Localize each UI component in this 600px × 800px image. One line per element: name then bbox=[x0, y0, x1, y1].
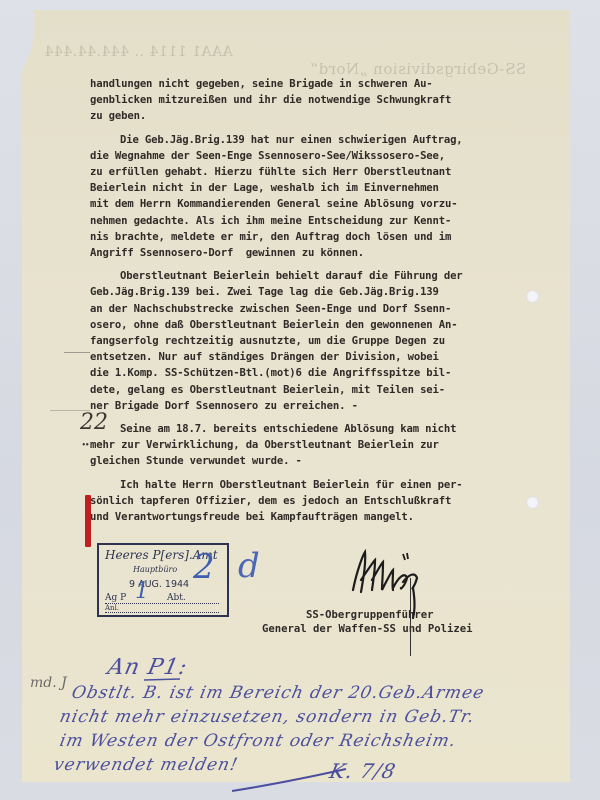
stamp-row-label-mid: Abt. bbox=[167, 593, 186, 603]
signature-block: SS-Obergruppenführer General der Waffen-… bbox=[262, 608, 542, 636]
red-margin-mark bbox=[85, 495, 91, 547]
text-line: handlungen nicht gegeben, seine Brigade … bbox=[90, 76, 530, 92]
margin-page-number: 22 bbox=[80, 410, 108, 435]
text-line: entsetzen. Nur auf ständiges Drängen der… bbox=[90, 349, 530, 365]
text-line: die Wegnahme der Seen-Enge Ssennosero-Se… bbox=[90, 148, 530, 164]
note-line: verwendet melden! bbox=[52, 755, 240, 775]
margin-dots: •• bbox=[82, 440, 89, 451]
text-line: Ich halte Herrn Oberstleutnant Beierlein… bbox=[90, 477, 530, 493]
signatory-title: General der Waffen-SS und Polizei bbox=[262, 622, 542, 636]
text-line: sönlich tapferen Offizier, dem es jedoch… bbox=[90, 493, 530, 509]
paragraph-4: Seine am 18.7. bereits entschiedene Ablö… bbox=[90, 421, 530, 470]
addressee-underline bbox=[142, 677, 182, 683]
text-line: nis brachte, meldete er mir, den Auftrag… bbox=[90, 229, 530, 245]
note-line: im Westen der Ostfront oder Reichsheim. bbox=[58, 731, 458, 751]
text-line: zu geben. bbox=[90, 108, 530, 124]
stamp-row-2: Anl. bbox=[105, 604, 219, 613]
typewritten-body: handlungen nicht gegeben, seine Brigade … bbox=[90, 76, 530, 532]
paragraph-3: Oberstleutnant Beierlein behielt darauf … bbox=[90, 268, 530, 414]
stamp-row-label-left: Ag P bbox=[105, 593, 126, 603]
text-line: zu erfüllen gehabt. Hierzu fühlte sich H… bbox=[90, 164, 530, 180]
paragraph-2: Die Geb.Jäg.Brig.139 hat nur einen schwi… bbox=[90, 132, 530, 262]
note-line: nicht mehr einzusetzen, sondern in Geb.T… bbox=[58, 707, 477, 727]
text-line: osero, ohne daß Oberstleutnant Beierlein… bbox=[90, 317, 530, 333]
text-line: Oberstleutnant Beierlein behielt darauf … bbox=[90, 268, 530, 284]
bleed-through-header-left: AAA1 1114 .. 444.44.444 bbox=[44, 44, 233, 60]
paragraph-5: Ich halte Herrn Oberstleutnant Beierlein… bbox=[90, 477, 530, 526]
text-line: Seine am 18.7. bereits entschiedene Ablö… bbox=[90, 421, 530, 437]
text-line: und Verantwortungsfreude bei Kampfaufträ… bbox=[90, 509, 530, 525]
note-line: Obstlt. B. ist im Bereich der 20.Geb.Arm… bbox=[70, 683, 487, 703]
blue-ink-mark: d bbox=[238, 546, 260, 586]
note-underline-stroke bbox=[230, 765, 350, 795]
paragraph-1: handlungen nicht gegeben, seine Brigade … bbox=[90, 76, 530, 125]
signatory-rank: SS-Obergruppenführer bbox=[262, 608, 542, 622]
text-line: nehmen gedachte. Als ich ihm meine Entsc… bbox=[90, 213, 530, 229]
text-line: an der Nachschubstrecke zwischen Seen-En… bbox=[90, 301, 530, 317]
stamp-subtitle: Hauptbüro bbox=[133, 565, 177, 574]
text-line: gleichen Stunde verwundet wurde. - bbox=[90, 453, 530, 469]
text-line: genblicken mitzureißen und ihr die notwe… bbox=[90, 92, 530, 108]
pencil-margin-note: md. J bbox=[30, 675, 67, 691]
text-line: die 1.Komp. SS-Schützen-Btl.(mot)6 die A… bbox=[90, 365, 530, 381]
text-line: mit dem Herrn Kommandierenden General se… bbox=[90, 196, 530, 212]
text-line: Angriff Ssennosero-Dorf gewinnen zu könn… bbox=[90, 245, 530, 261]
receipt-stamp: Heeres P[ers].Amt Hauptbüro 9 AUG. 1944 … bbox=[97, 543, 229, 617]
stamp-row2-label: Anl. bbox=[105, 604, 119, 612]
text-line: fangserfolg rechtzeitig ausnutzte, um di… bbox=[90, 333, 530, 349]
text-line: Die Geb.Jäg.Brig.139 hat nur einen schwi… bbox=[90, 132, 530, 148]
stamp-ink-mark-2: 2 bbox=[193, 547, 215, 587]
stamp-ink-mark-1: 1 bbox=[135, 579, 149, 604]
text-line: ner Brigade Dorf Ssennosero zu erreichen… bbox=[90, 398, 530, 414]
text-line: mehr zur Verwirklichung, da Oberstleutna… bbox=[90, 437, 530, 453]
text-line: dete, gelang es Oberstleutnant Beierlein… bbox=[90, 382, 530, 398]
stamp-row: Ag P Abt. bbox=[105, 593, 219, 604]
text-line: Beierlein nicht in der Lage, weshalb ich… bbox=[90, 180, 530, 196]
margin-rule-top bbox=[64, 352, 90, 353]
text-line: Geb.Jäg.Brig.139 bei. Zwei Tage lag die … bbox=[90, 284, 530, 300]
